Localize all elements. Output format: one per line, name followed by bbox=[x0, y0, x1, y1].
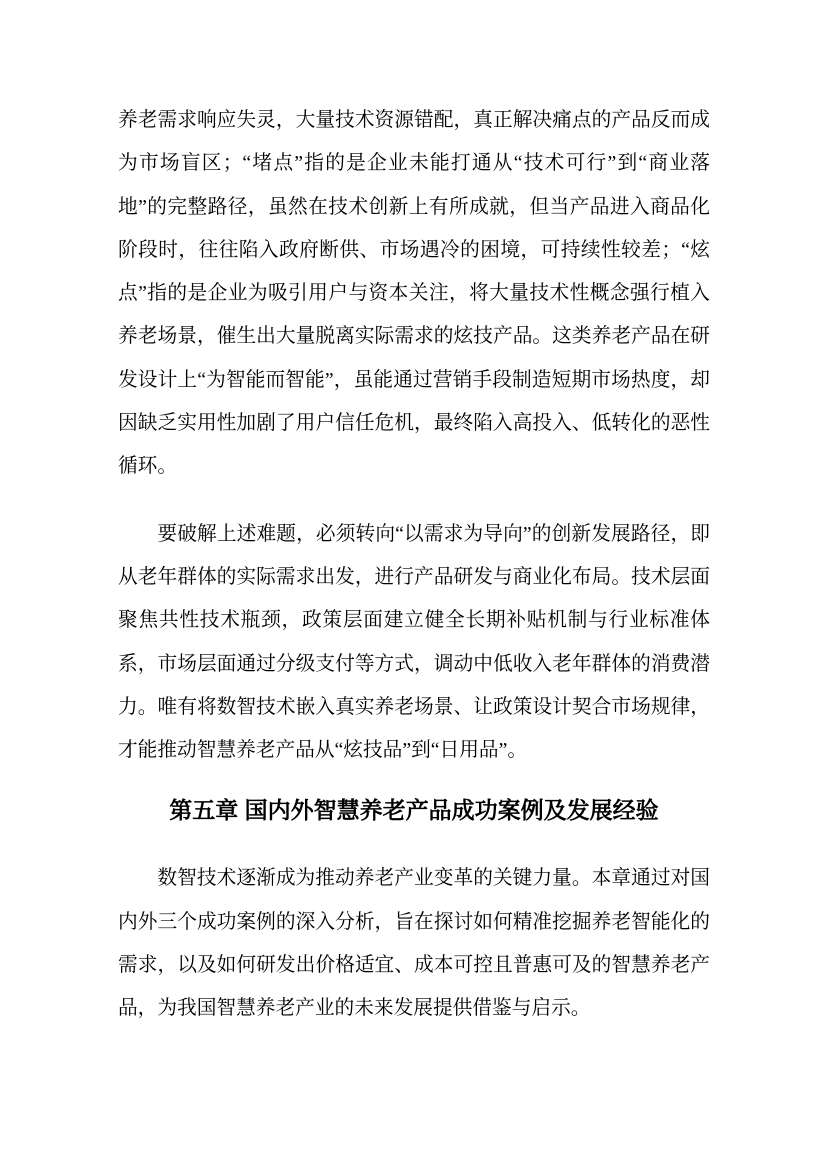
paragraph-solution: 要破解上述难题，必须转向“以需求为导向”的创新发展路径，即从老年群体的实际需求出… bbox=[118, 513, 710, 773]
document-page: 养老需求响应失灵，大量技术资源错配，真正解决痛点的产品反而成为市场盲区；“堵点”… bbox=[0, 0, 827, 1169]
chapter-heading: 第五章 国内外智慧养老产品成功案例及发展经验 bbox=[118, 789, 710, 832]
paragraph-pain-points: 养老需求响应失灵，大量技术资源错配，真正解决痛点的产品反而成为市场盲区；“堵点”… bbox=[118, 99, 710, 489]
paragraph-chapter-intro: 数智技术逐渐成为推动养老产业变革的关键力量。本章通过对国内外三个成功案例的深入分… bbox=[118, 857, 710, 1030]
